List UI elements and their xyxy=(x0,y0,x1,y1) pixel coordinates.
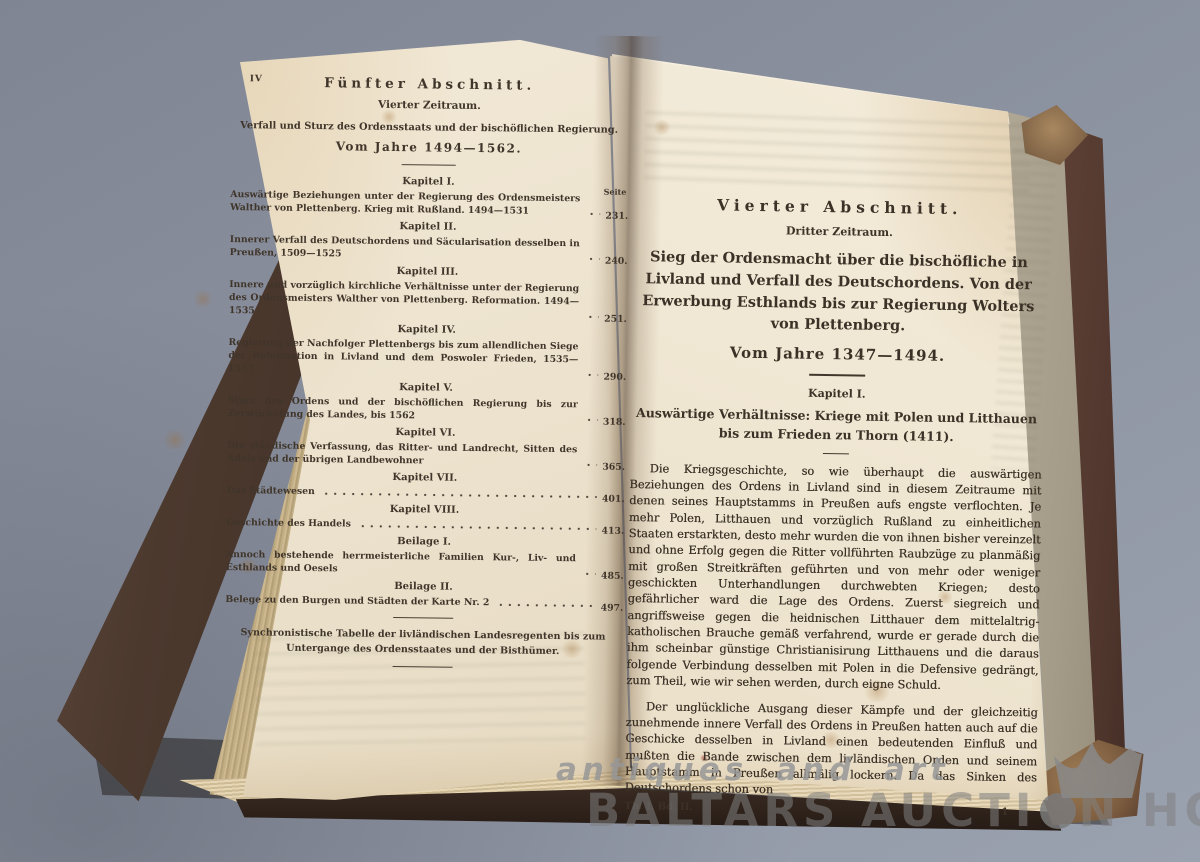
left-page-number: IV xyxy=(250,74,263,84)
toc-entry: Kapitel VII. Das Städtewesen 401. xyxy=(225,470,625,502)
divider-rule xyxy=(393,617,453,619)
foxing-spot xyxy=(162,430,188,450)
toc-entry: Kapitel III. Innere und vorzüglich kirch… xyxy=(227,264,628,322)
chapter-subtitle: Auswärtige Verhältnisse: Kriege mit Pole… xyxy=(630,404,1043,448)
toc-entry-text: Innere und vorzüglich kirchliche Verhält… xyxy=(227,278,579,321)
toc-entry-text: Regierung der Nachfolger Plettenbergs bi… xyxy=(226,336,578,379)
toc-entry-heading: Kapitel V. xyxy=(226,380,626,396)
toc-entry: Kapitel V. Sturz des Ordens und der bisc… xyxy=(226,380,626,425)
seite-column-label: Seite xyxy=(604,187,627,197)
toc-entry-page: 318. xyxy=(603,417,626,428)
body-paragraph: Der unglückliche Ausgang dieser Kämpfe u… xyxy=(625,697,1038,802)
toc-entry: Kapitel VIII. Geschichte des Handels 413… xyxy=(224,502,624,534)
signature-mark: Th. I. Bd. II. xyxy=(624,801,693,813)
toc-entry-heading: Beilage II. xyxy=(223,579,623,595)
dot-leader xyxy=(358,524,597,531)
toc-entry-text: Die ständische Verfassung, das Ritter- u… xyxy=(225,439,577,469)
chapter-heading: Kapitel I. xyxy=(631,384,1043,403)
toc-entry-heading: Kapitel VI. xyxy=(225,425,625,441)
dot-leader xyxy=(586,314,599,318)
toc-entry: Beilage II. Belege zu den Burgen und Stä… xyxy=(223,579,623,611)
toc-entry-heading: Kapitel I. xyxy=(228,174,628,190)
toc-entry-heading: Kapitel VII. xyxy=(225,470,625,486)
table-of-contents: Kapitel I. Auswärtige Beziehungen unter … xyxy=(223,174,628,611)
dot-leader xyxy=(496,603,595,608)
toc-entry-page: 251. xyxy=(604,314,627,325)
toc-entry: Kapitel I. Auswärtige Beziehungen unter … xyxy=(228,174,628,219)
toc-entry-page: 290. xyxy=(603,372,626,383)
toc-entry-text: Das Städtewesen xyxy=(225,484,315,498)
section-subtitle: Verfall und Sturz des Ordensstaats und d… xyxy=(229,120,629,136)
right-page-number: 1 xyxy=(1001,807,1008,818)
toc-entry: Kapitel IV. Regierung der Nachfolger Ple… xyxy=(226,322,627,380)
date-range: Vom Jahre 1494—1562. xyxy=(229,138,629,157)
toc-entry-text: Annoch bestehende herrmeisterliche Famil… xyxy=(224,548,576,578)
divider-rule xyxy=(393,666,453,668)
toc-entry-page: 401. xyxy=(602,494,625,505)
foxing-spot xyxy=(192,290,214,308)
divider-rule xyxy=(402,164,456,166)
dot-leader xyxy=(584,463,597,467)
toc-entry-page: 240. xyxy=(605,256,628,267)
left-page-content: IV Fünfter Abschnitt. Vierter Zeitraum. … xyxy=(221,58,630,783)
toc-entry-heading: Beilage I. xyxy=(224,534,624,550)
toc-entry-heading: Kapitel II. xyxy=(228,219,628,235)
date-range: Vom Jahre 1347—1494. xyxy=(631,342,1043,366)
toc-entry-page: 497. xyxy=(601,603,624,614)
body-paragraph: Die Kriegsgeschichte, so wie überhaupt d… xyxy=(626,459,1042,694)
toc-entry-text: Innerer Verfall des Deutschordens und Sä… xyxy=(228,233,580,263)
toc-entry-heading: Kapitel IV. xyxy=(227,322,627,338)
toc-entry-page: 413. xyxy=(602,526,625,537)
toc-entry-text: Sturz des Ordens und der bischöflichen R… xyxy=(226,394,578,424)
right-page-content: Vierter Abschnitt. Dritter Zeitraum. Sie… xyxy=(625,194,1046,780)
toc-entry-page: 485. xyxy=(601,571,624,582)
period-title: Dritter Zeitraum. xyxy=(633,222,1045,241)
divider-rule xyxy=(823,453,849,454)
section-title: Fünfter Abschnitt. xyxy=(230,74,630,95)
toc-entry: Beilage I. Annoch bestehende herrmeister… xyxy=(224,534,624,579)
period-title: Vierter Zeitraum. xyxy=(229,97,629,114)
toc-entry-text: Auswärtige Beziehungen unter der Regieru… xyxy=(228,188,580,218)
toc-entry-heading: Kapitel III. xyxy=(227,264,627,280)
section-subtitle: Sieg der Ordensmacht über die bischöflic… xyxy=(632,246,1045,339)
photo-of-open-book: IV Fünfter Abschnitt. Vierter Zeitraum. … xyxy=(0,0,1200,862)
dot-leader xyxy=(585,373,598,377)
dot-leader xyxy=(585,418,598,422)
toc-entry-page: 365. xyxy=(602,462,625,473)
divider-rule xyxy=(809,374,865,377)
dot-leader xyxy=(322,491,597,498)
dot-leader xyxy=(587,211,600,215)
footer-note: Synchronistische Tabelle der livländisch… xyxy=(223,626,623,660)
toc-entry-page: 231. xyxy=(605,211,628,222)
toc-entry: Kapitel II. Innerer Verfall des Deutscho… xyxy=(228,219,628,264)
toc-entry-text: Geschichte des Handels xyxy=(224,516,351,531)
dot-leader xyxy=(583,572,596,576)
toc-entry: Kapitel VI. Die ständische Verfassung, d… xyxy=(225,425,625,470)
toc-entry-text: Belege zu den Burgen und Städten der Kar… xyxy=(223,593,489,609)
dot-leader xyxy=(587,256,600,260)
toc-entry-heading: Kapitel VIII. xyxy=(224,502,624,518)
